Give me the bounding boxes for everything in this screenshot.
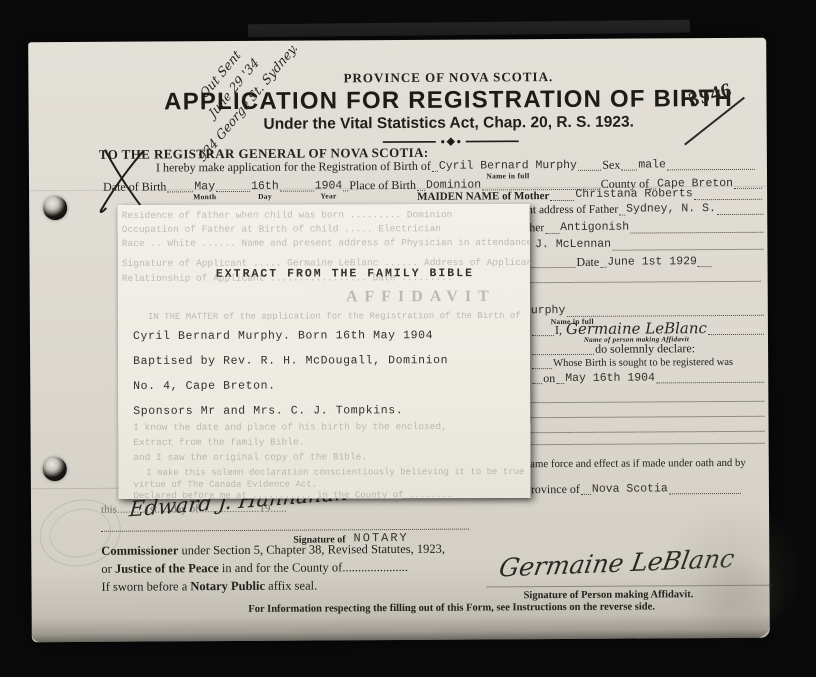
paper-crease: [31, 488, 119, 490]
declarant-name-line: I, Germaine LeBlanc Name of person makin…: [531, 321, 765, 337]
dob-label: Date of Birth: [103, 180, 166, 194]
commissioner-rest-text: under Section 5, Chapter 38, Revised Sta…: [178, 543, 445, 558]
sex-value: male: [638, 159, 666, 172]
dob-year-value: 1904 Year: [315, 180, 343, 193]
dotted-leader: [532, 352, 594, 355]
dotted-leader: [432, 169, 438, 172]
dob-month-value: May Month: [194, 181, 215, 194]
application-line: I hereby make application for the Regist…: [156, 158, 756, 175]
sworn-bold-text: Notary Public: [190, 580, 265, 594]
dotted-line: [508, 401, 764, 404]
pob-label: Place of Birth: [349, 179, 416, 193]
force-effect-text: f the same force and effect as if made u…: [504, 458, 746, 471]
sex-label: Sex: [602, 159, 620, 172]
bleedthrough-text: Occupation of Father at Birth of child .…: [122, 224, 441, 234]
bleedthrough-text: Race .. White ...... Name and present ad…: [122, 238, 531, 249]
dotted-leader: [550, 198, 574, 201]
whose-birth-text: Whose Birth is sought to be registered w…: [553, 357, 733, 370]
extract-heading: EXTRACT FROM THE FAMILY BIBLE: [216, 268, 474, 280]
province-heading: PROVINCE OF NOVA SCOTIA.: [168, 69, 728, 87]
dob-year-text: 1904: [315, 179, 343, 192]
province-line: and Province of Nova Scotia: [504, 482, 766, 497]
month-caption: Month: [193, 193, 216, 201]
scanner-artifact-bar: [248, 20, 690, 38]
whose-birth-line: Whose Birth is sought to be registered w…: [531, 357, 765, 370]
dotted-leader: [532, 366, 552, 369]
dob-day-value: 16th Day: [251, 180, 279, 193]
justice-rest-text: in and for the County of................…: [219, 561, 408, 576]
dotted-leader: [600, 265, 606, 268]
dob-day-text: 16th: [251, 179, 279, 192]
child-name-value: Cyril Bernard Murphy Name in full: [439, 159, 577, 172]
form-subtitle: Under the Vital Statistics Act, Chap. 20…: [169, 113, 729, 134]
dotted-leader: [612, 246, 763, 250]
application-date-line: Date June 1st 1929: [502, 255, 764, 270]
father-birthplace-line: of Father Antigonish: [502, 221, 764, 235]
maiden-name-value: Christana Roberts: [575, 188, 692, 201]
justice-line: or Justice of the Peace in and for the C…: [101, 561, 408, 577]
dotted-leader: [630, 229, 763, 233]
bleedthrough-affidavit-heading: AFFIDAVIT: [346, 288, 496, 306]
date-value: June 1st 1929: [607, 256, 697, 269]
date-label: Date: [576, 256, 599, 269]
dob-month-text: May: [194, 180, 215, 193]
extract-line: Baptised by Rev. R. H. McDougall, Domini…: [133, 355, 448, 367]
declarant-signature-caption: Signature of Person making Affidavit.: [524, 589, 694, 602]
justice-pre-text: or: [101, 563, 115, 577]
bleedthrough-text: Extract from the family Bible.: [133, 438, 304, 448]
scanned-document-page: { "page": { "background": "#0a0a0a", "pa…: [0, 0, 816, 677]
form-title: APPLICATION FOR REGISTRATION OF BIRTH: [148, 85, 748, 117]
commissioner-line: Commissioner under Section 5, Chapter 38…: [101, 543, 445, 559]
embossed-seal-inner-ring: [44, 502, 116, 564]
on-label: on: [543, 372, 555, 385]
province-value: Nova Scotia: [592, 483, 668, 496]
dotted-leader: [532, 381, 542, 384]
dotted-leader: [578, 168, 601, 171]
on-value: May 16th 1904: [565, 372, 655, 385]
extract-line: Sponsors Mr and Mrs. C. J. Tompkins.: [133, 405, 403, 417]
dotted-line: [509, 431, 765, 434]
bleedthrough-text: and I saw the original copy of the Bible…: [133, 452, 367, 462]
punch-hole: [43, 457, 67, 481]
extract-line: Cyril Bernard Murphy. Born 16th May 1904: [133, 330, 433, 342]
dotted-leader: [667, 167, 755, 171]
affidavit-name-fragment: urphy Name in full: [531, 305, 566, 318]
sworn-pre-text: If sworn before a: [101, 580, 190, 594]
dotted-leader: [708, 332, 764, 335]
dotted-leader: [669, 491, 741, 494]
declare-text: do solemnly declare:: [595, 342, 695, 356]
dotted-line: [508, 416, 764, 419]
application-form-paper: Out Sent June 29 '34 934 George St. Sydn…: [28, 38, 770, 642]
dotted-leader: [532, 333, 554, 336]
declarant-signature-handwriting: Germaine LeBlanc: [497, 546, 736, 581]
maiden-name-line: MAIDEN NAME of Mother Christana Roberts: [417, 188, 763, 203]
declarant-name-handwriting: Germaine LeBlanc Name of person making A…: [566, 321, 707, 337]
bleedthrough-text: IN THE MATTER of the application for the…: [148, 312, 521, 322]
maiden-name-label: MAIDEN NAME of Mother: [417, 190, 549, 203]
father-address-value: Sydney, N. S.: [626, 203, 716, 216]
dotted-leader: [556, 381, 564, 384]
bleedthrough-text: Declared before me at ........... in the…: [133, 491, 452, 499]
physician-line: S. J. McLennan: [502, 238, 764, 252]
child-name-text: Cyril Bernard Murphy: [439, 158, 577, 172]
punch-hole: [43, 196, 67, 220]
bleedthrough-text: I make this solemn declaration conscient…: [146, 468, 530, 478]
bleedthrough-text: Residence of father when child was born …: [122, 210, 453, 220]
bleedthrough-text: I know the date and place of his birth b…: [133, 422, 447, 432]
dotted-leader: [717, 211, 763, 214]
dotted-leader: [581, 492, 591, 495]
day-caption: Day: [258, 193, 272, 201]
extract-line: No. 4, Cape Breton.: [133, 381, 276, 393]
year-caption: Year: [320, 193, 336, 201]
dotted-leader: [656, 380, 764, 384]
dotted-leader: [566, 312, 763, 316]
dotted-leader: [621, 168, 637, 171]
notary-public-line: If sworn before a Notary Public affix se…: [101, 580, 317, 595]
dotted-line: [504, 443, 765, 446]
i-label: I,: [555, 324, 562, 337]
dotted-leader: [694, 196, 762, 199]
dotted-leader: [619, 212, 625, 215]
justice-bold-text: Justice of the Peace: [115, 562, 219, 576]
father-birthplace-value: Antigonish: [560, 222, 629, 235]
father-address-line: Present address of Father Sydney, N. S.: [502, 203, 764, 217]
born-on-line: on May 16th 1904: [531, 371, 765, 386]
affidavit-name-line: urphy Name in full: [531, 304, 765, 318]
bleedthrough-text: virtue of The Canada Evidence Act.: [133, 480, 317, 489]
declare-line: do solemnly declare:: [531, 342, 765, 357]
extract-sheet-overlay: Residence of father when child was born …: [118, 204, 531, 499]
dotted-line: [101, 529, 469, 532]
dotted-line: [487, 585, 772, 588]
paper-bottom-edge: [32, 614, 770, 643]
dotted-line: [503, 281, 761, 284]
affidavit-name-text: urphy: [531, 304, 566, 317]
dotted-leader: [698, 264, 712, 267]
dotted-leader: [545, 231, 559, 234]
sworn-rest-text: affix seal.: [265, 580, 317, 594]
application-pre-text: I hereby make application for the Regist…: [156, 160, 431, 175]
